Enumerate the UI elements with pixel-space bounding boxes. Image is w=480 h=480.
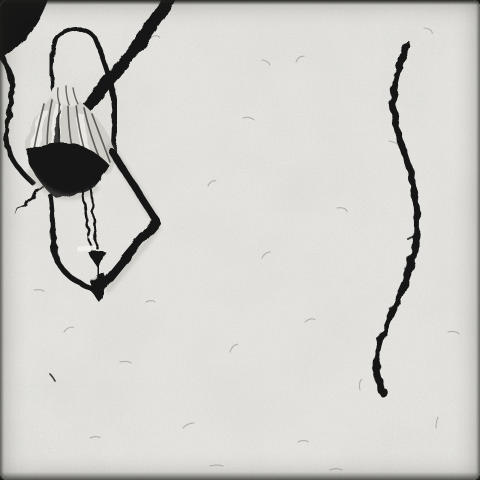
ink-painting <box>0 0 480 480</box>
painting-svg <box>0 0 480 480</box>
